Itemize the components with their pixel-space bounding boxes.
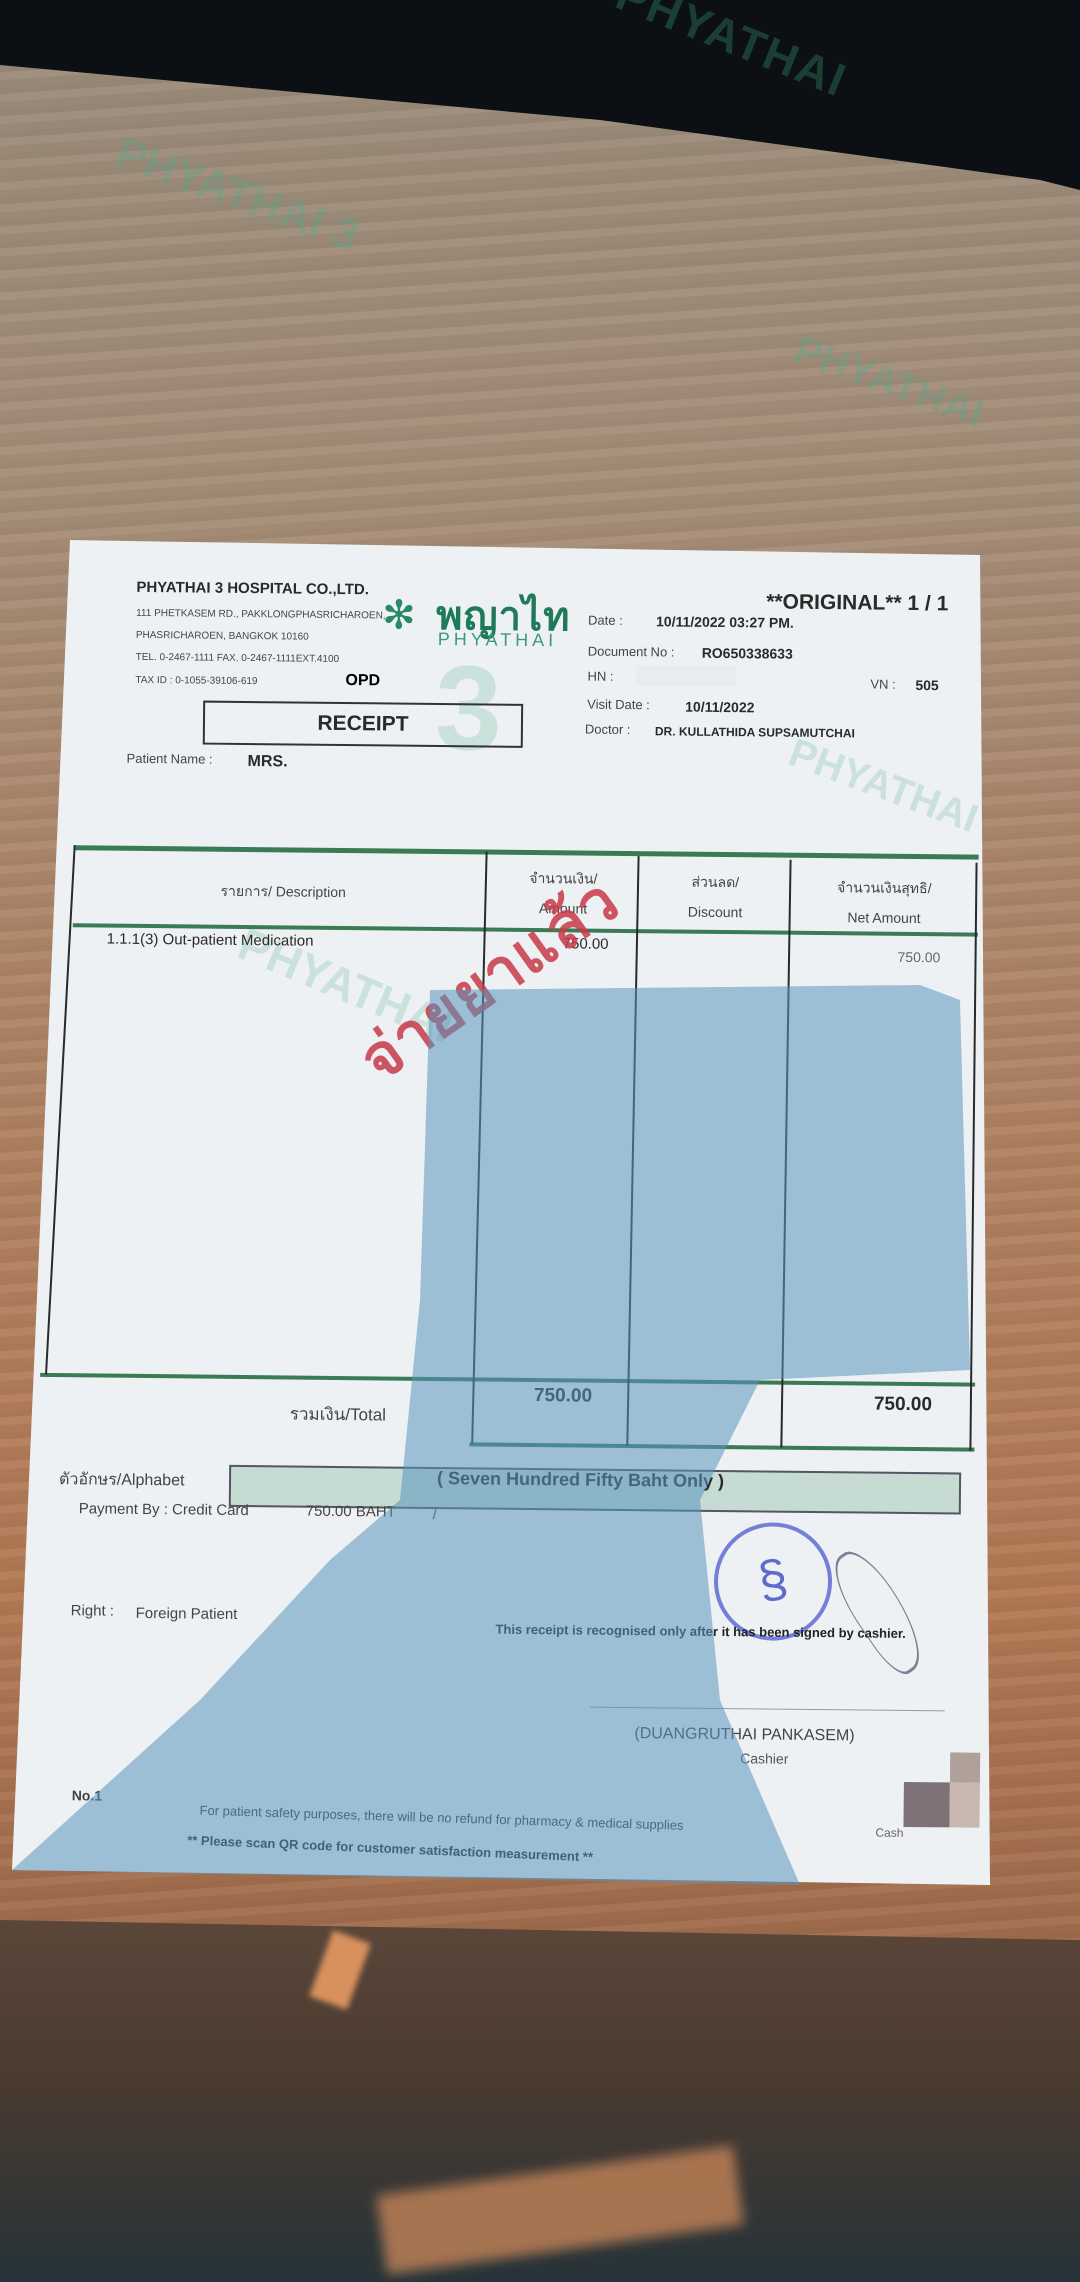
total-label: รวมเงิน/Total: [290, 1400, 387, 1428]
hospital-tel-fax: TEL. 0-2467-1111 FAX. 0-2467-1111EXT.410…: [136, 652, 340, 665]
department-label: OPD: [345, 672, 380, 690]
hospital-address-line1: 111 PHETKASEM RD., PAKKLONGPHASRICHAROEN…: [136, 608, 386, 622]
date-label: Date :: [588, 613, 623, 628]
column-header-english: Net Amount: [795, 909, 973, 927]
document-no-value: RO650338633: [702, 645, 793, 662]
vn-label: VN :: [870, 677, 895, 692]
hospital-address-line2: PHASRICHAROEN, BANGKOK 10160: [136, 630, 309, 643]
right-value: Foreign Patient: [136, 1605, 238, 1623]
copy-label: **ORIGINAL** 1 / 1: [766, 590, 948, 616]
column-header-thai: ส่วนลด/: [645, 871, 785, 894]
document-title: RECEIPT: [203, 701, 523, 748]
row-description: 1.1.1(3) Out-patient Medication: [107, 931, 314, 950]
redacted-area: [903, 1782, 949, 1827]
column-header-net-amount: จำนวนเงินสุทธิ/ Net Amount: [795, 877, 973, 927]
cashier-signature: [821, 1542, 937, 1681]
document-no-label: Document No :: [588, 644, 675, 660]
column-header-description: รายการ/ Description: [183, 880, 383, 904]
date-value: 10/11/2022 03:27 PM.: [656, 613, 794, 630]
alphabet-label: ตัวอักษร/Alphabet: [59, 1467, 185, 1493]
visit-date-value: 10/11/2022: [685, 699, 754, 716]
paper-watermark: PHYATHAI: [783, 730, 984, 842]
cash-label: Cash: [875, 1826, 903, 1840]
payment-method-label: Payment By : Credit Card: [79, 1500, 249, 1519]
hospital-tax-id: TAX ID : 0-1055-39106-619: [135, 675, 257, 687]
vn-value: 505: [915, 677, 939, 693]
column-header-discount: ส่วนลด/ Discount: [645, 871, 785, 920]
redacted-area: [950, 1752, 980, 1782]
table-right-border: [969, 863, 977, 1451]
right-label: Right :: [71, 1602, 115, 1619]
row-net-amount: 750.00: [897, 949, 940, 965]
column-header-english: Description: [276, 883, 346, 900]
hn-value-redacted: [635, 665, 735, 686]
column-header-thai: จำนวนเงินสุทธิ/: [795, 877, 973, 901]
hospital-name: PHYATHAI 3 HOSPITAL CO.,LTD.: [136, 579, 369, 598]
logo-english: PHYATHAI: [438, 629, 558, 651]
patient-name-value: MRS.: [247, 753, 287, 771]
doctor-value: DR. KULLATHIDA SUPSAMUTCHAI: [655, 724, 855, 740]
table-top-border: [74, 845, 979, 859]
total-net-amount: 750.00: [874, 1394, 932, 1417]
redacted-area: [949, 1782, 979, 1827]
column-header-english: Discount: [645, 903, 785, 920]
visit-date-label: Visit Date :: [587, 697, 650, 713]
hn-label: HN :: [587, 669, 613, 684]
patient-name-label: Patient Name :: [127, 751, 213, 767]
column-header-thai: รายการ/: [220, 883, 272, 900]
molecule-icon: ✻: [382, 592, 416, 638]
table-left-border: [45, 845, 76, 1374]
doctor-label: Doctor :: [585, 722, 631, 737]
